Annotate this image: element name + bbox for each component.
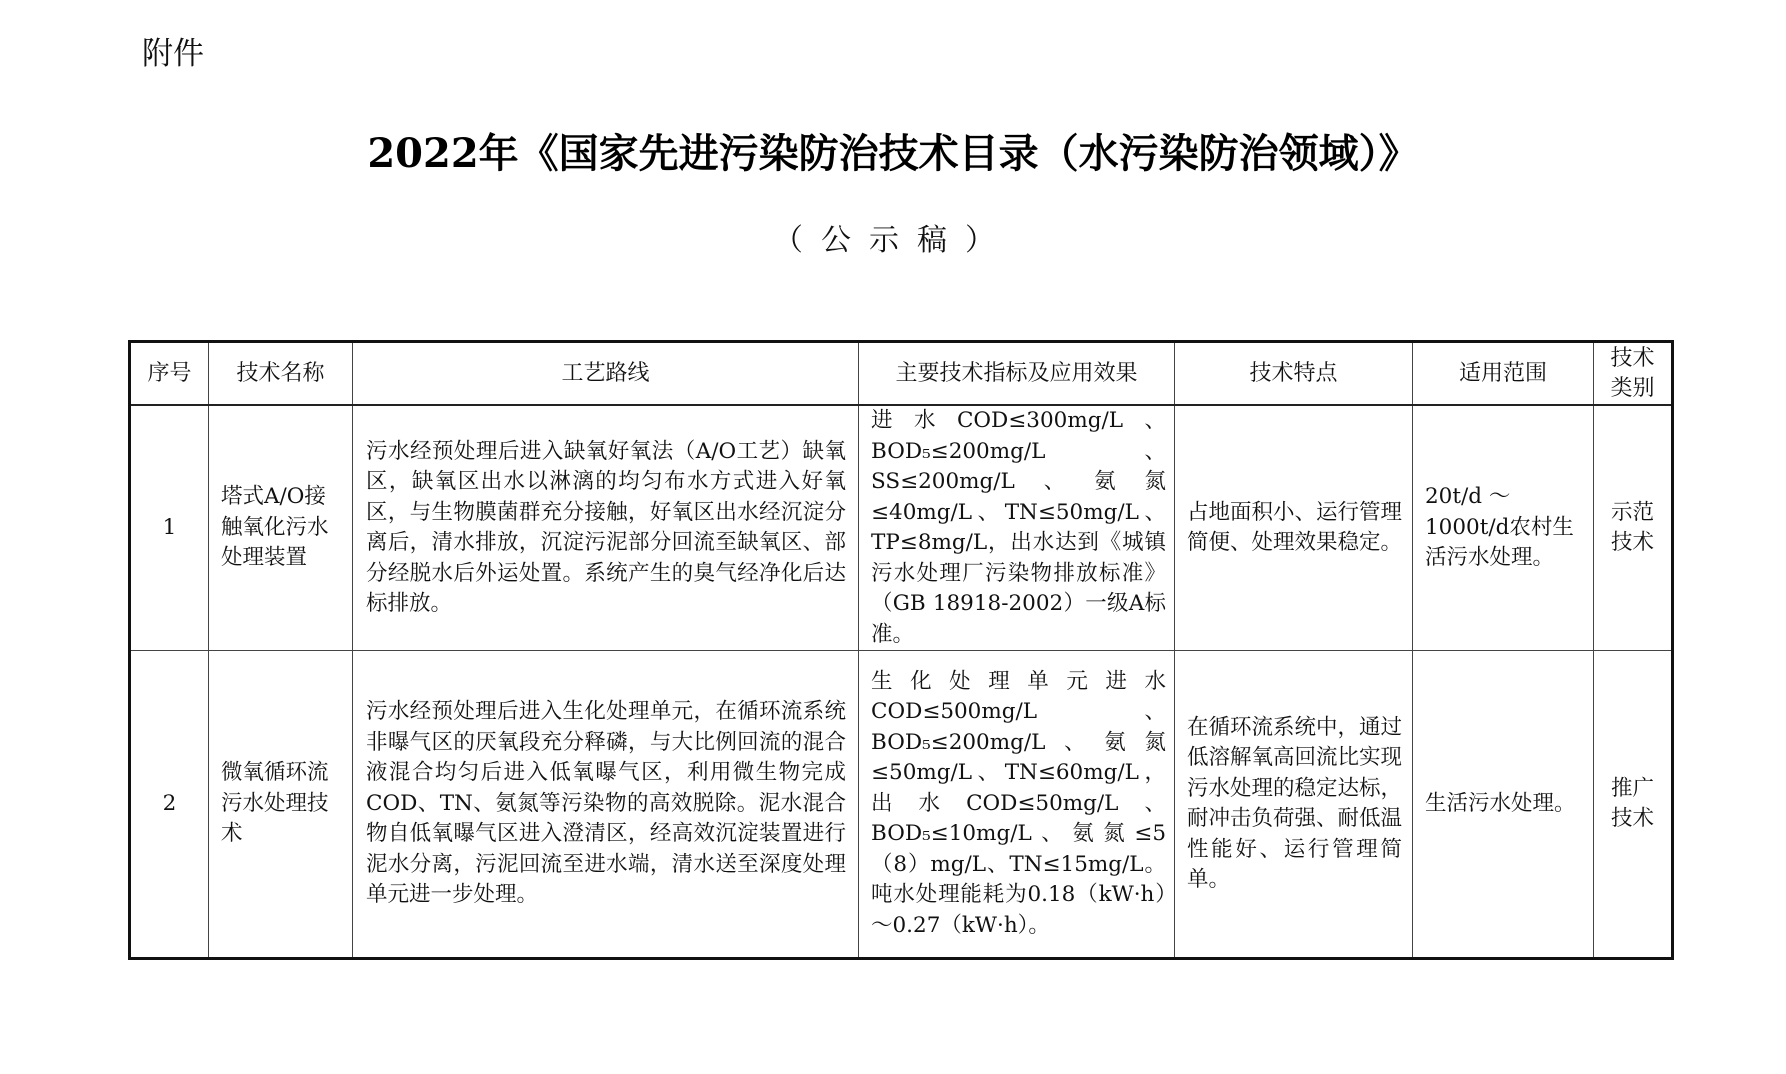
header-name: 技术名称	[209, 342, 353, 406]
cell-metrics: 生化处理单元进水COD≤500mg/L、BOD₅≤200mg/L、氨氮≤50mg…	[859, 651, 1175, 959]
table-header-row: 序号 技术名称 工艺路线 主要技术指标及应用效果 技术特点 适用范围 技术 类别	[130, 342, 1673, 406]
cell-metrics: 进水COD≤300mg/L、BOD₅≤200mg/L、SS≤200mg/L、氨氮…	[859, 405, 1175, 651]
attachment-label: 附件	[142, 28, 204, 73]
cell-name: 塔式A/O接 触氧化污水 处理装置	[209, 405, 353, 651]
cell-route: 污水经预处理后进入缺氧好氧法（A/O工艺）缺氧区，缺氧区出水以淋漓的均匀布水方式…	[353, 405, 859, 651]
header-route: 工艺路线	[353, 342, 859, 406]
cell-scope: 生活污水处理。	[1413, 651, 1594, 959]
cell-no: 2	[130, 651, 209, 959]
header-features: 技术特点	[1175, 342, 1413, 406]
header-type: 技术 类别	[1594, 342, 1673, 406]
cell-scope: 20t/d ～ 1000t/d农村生活污水处理。	[1413, 405, 1594, 651]
header-scope: 适用范围	[1413, 342, 1594, 406]
cell-features: 占地面积小、运行管理简便、处理效果稳定。	[1175, 405, 1413, 651]
technology-catalog-table: 序号 技术名称 工艺路线 主要技术指标及应用效果 技术特点 适用范围 技术 类别…	[128, 340, 1674, 960]
header-metrics: 主要技术指标及应用效果	[859, 342, 1175, 406]
cell-type: 示范 技术	[1594, 405, 1673, 651]
document-subtitle: （公示稿）	[0, 215, 1786, 259]
header-no: 序号	[130, 342, 209, 406]
table-row: 1 塔式A/O接 触氧化污水 处理装置 污水经预处理后进入缺氧好氧法（A/O工艺…	[130, 405, 1673, 651]
cell-route: 污水经预处理后进入生化处理单元，在循环流系统非曝气区的厌氧段充分释磷，与大比例回…	[353, 651, 859, 959]
document-title: 2022年《国家先进污染防治技术目录（水污染防治领域）》	[0, 122, 1786, 179]
cell-no: 1	[130, 405, 209, 651]
cell-type: 推广 技术	[1594, 651, 1673, 959]
cell-name: 微氧循环流 污水处理技 术	[209, 651, 353, 959]
table-row: 2 微氧循环流 污水处理技 术 污水经预处理后进入生化处理单元，在循环流系统非曝…	[130, 651, 1673, 959]
cell-features: 在循环流系统中，通过低溶解氧高回流比实现污水处理的稳定达标，耐冲击负荷强、耐低温…	[1175, 651, 1413, 959]
